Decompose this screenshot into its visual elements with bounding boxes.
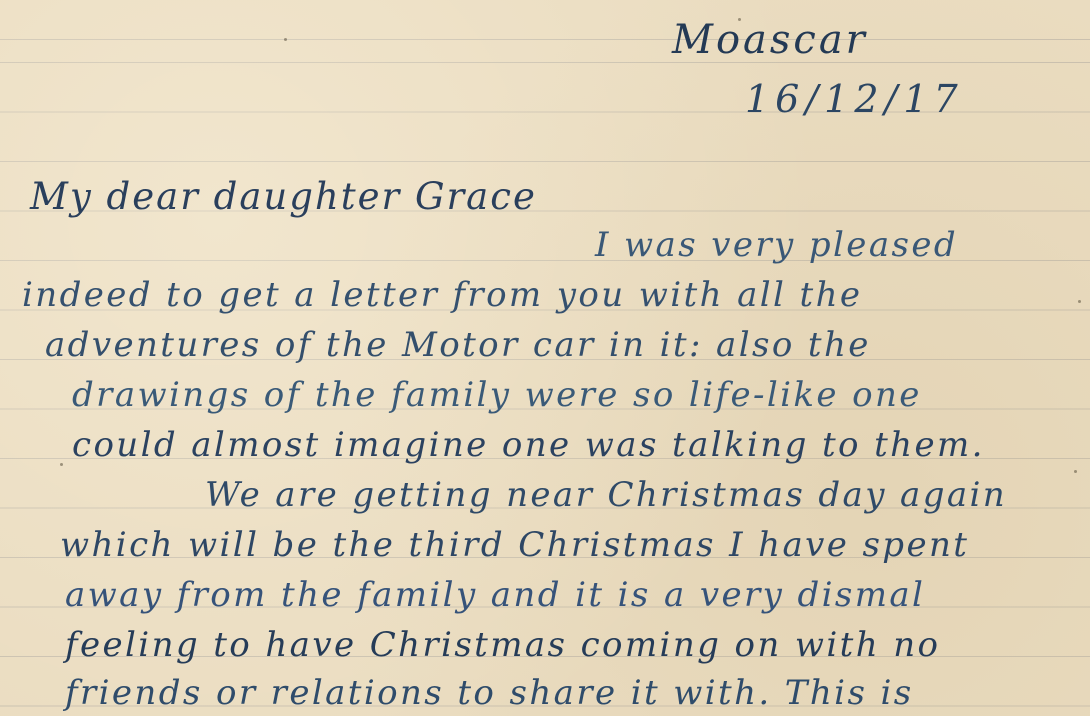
letter-date: 16/12/17: [745, 80, 964, 118]
letter-line: feeling to have Christmas coming on with…: [65, 628, 940, 662]
letter-page: Moascar 16/12/17 My dear daughter Grace …: [0, 0, 1090, 716]
paper-speck: [60, 463, 63, 466]
letter-place: Moascar: [672, 20, 868, 60]
paper-speck: [1074, 470, 1077, 473]
letter-line: drawings of the family were so life-like…: [72, 378, 922, 412]
letter-line: We are getting near Christmas day again: [205, 478, 1007, 512]
letter-salutation: My dear daughter Grace: [30, 178, 537, 215]
letter-line: friends or relations to share it with. T…: [65, 676, 914, 710]
letter-line: away from the family and it is a very di…: [65, 578, 925, 612]
letter-line: indeed to get a letter from you with all…: [22, 278, 862, 312]
letter-line: could almost imagine one was talking to …: [72, 428, 985, 462]
letter-line: I was very pleased: [595, 228, 958, 262]
paper-speck: [1078, 300, 1081, 303]
letter-line: which will be the third Christmas I have…: [60, 528, 969, 562]
letter-line: adventures of the Motor car in it: also …: [45, 328, 871, 362]
paper-speck: [284, 38, 287, 41]
